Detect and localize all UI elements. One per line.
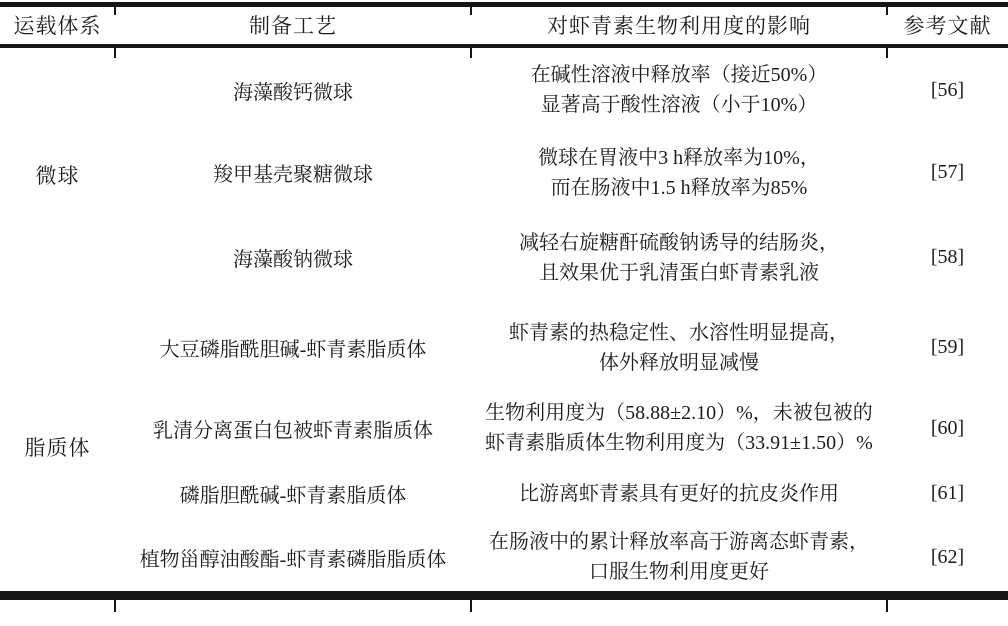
cell-effect: 在肠液中的累计释放率高于游离态虾青素， 口服生物利用度更好 xyxy=(471,524,887,596)
cell-reference: [58] xyxy=(887,213,1008,303)
cell-process: 乳清分离蛋白包被虾青素脂质体 xyxy=(115,393,471,464)
cell-process: 大豆磷脂酰胆碱-虾青素脂质体 xyxy=(115,303,471,393)
effect-line: 在碱性溶液中释放率（接近50%） xyxy=(473,60,885,90)
cell-process: 磷脂胆酰碱-虾青素脂质体 xyxy=(115,464,471,524)
astaxanthin-delivery-table: 运载体系 制备工艺 对虾青素生物利用度的影响 参考文献 微球 海藻酸钙微球 在碱… xyxy=(0,2,1008,600)
table-row: 植物甾醇油酸酯-虾青素磷脂脂质体 在肠液中的累计释放率高于游离态虾青素， 口服生… xyxy=(0,524,1008,596)
column-rule-tick xyxy=(470,46,472,58)
column-rule-tick xyxy=(886,46,888,58)
column-rule-tick xyxy=(114,599,116,612)
cell-reference: [59] xyxy=(887,303,1008,393)
column-rule-tick xyxy=(470,3,472,15)
effect-line: 体外释放明显减慢 xyxy=(473,348,885,378)
effect-line: 且效果优于乳清蛋白虾青素乳液 xyxy=(473,258,885,288)
header-preparation-process: 制备工艺 xyxy=(115,5,471,46)
column-rule-tick xyxy=(114,46,116,58)
group-label-liposomes: 脂质体 xyxy=(0,303,115,596)
cell-effect: 减轻右旋糖酐硫酸钠诱导的结肠炎， 且效果优于乳清蛋白虾青素乳液 xyxy=(471,213,887,303)
table-row: 微球 海藻酸钙微球 在碱性溶液中释放率（接近50%） 显著高于酸性溶液（小于10… xyxy=(0,46,1008,133)
effect-line: 虾青素脂质体生物利用度为（33.91±1.50）% xyxy=(473,428,885,458)
effect-line: 而在肠液中1.5 h释放率为85% xyxy=(473,173,885,203)
effect-line: 虾青素的热稳定性、水溶性明显提高， xyxy=(473,318,885,348)
table-row: 乳清分离蛋白包被虾青素脂质体 生物利用度为（58.88±2.10）%，未被包被的… xyxy=(0,393,1008,464)
column-rule-tick xyxy=(470,599,472,612)
cell-process: 羧甲基壳聚糖微球 xyxy=(115,133,471,213)
cell-effect: 微球在胃液中3 h释放率为10%， 而在肠液中1.5 h释放率为85% xyxy=(471,133,887,213)
column-rule-tick xyxy=(886,599,888,612)
header-reference: 参考文献 xyxy=(887,5,1008,46)
cell-effect: 在碱性溶液中释放率（接近50%） 显著高于酸性溶液（小于10%） xyxy=(471,46,887,133)
header-bioavailability-effect: 对虾青素生物利用度的影响 xyxy=(471,5,887,46)
cell-reference: [62] xyxy=(887,524,1008,596)
effect-line: 口服生物利用度更好 xyxy=(473,557,885,587)
effect-line: 微球在胃液中3 h释放率为10%， xyxy=(473,143,885,173)
cell-effect: 虾青素的热稳定性、水溶性明显提高， 体外释放明显减慢 xyxy=(471,303,887,393)
column-rule-tick xyxy=(114,3,116,15)
cell-reference: [61] xyxy=(887,464,1008,524)
table-row: 磷脂胆酰碱-虾青素脂质体 比游离虾青素具有更好的抗皮炎作用 [61] xyxy=(0,464,1008,524)
cell-process: 海藻酸钠微球 xyxy=(115,213,471,303)
group-label-microspheres: 微球 xyxy=(0,46,115,303)
effect-line: 显著高于酸性溶液（小于10%） xyxy=(473,90,885,120)
table-row: 脂质体 大豆磷脂酰胆碱-虾青素脂质体 虾青素的热稳定性、水溶性明显提高， 体外释… xyxy=(0,303,1008,393)
effect-line: 生物利用度为（58.88±2.10）%，未被包被的 xyxy=(473,398,885,428)
effect-line: 在肠液中的累计释放率高于游离态虾青素， xyxy=(473,527,885,557)
table-row: 羧甲基壳聚糖微球 微球在胃液中3 h释放率为10%， 而在肠液中1.5 h释放率… xyxy=(0,133,1008,213)
header-delivery-system: 运载体系 xyxy=(0,5,115,46)
table-row: 海藻酸钠微球 减轻右旋糖酐硫酸钠诱导的结肠炎， 且效果优于乳清蛋白虾青素乳液 [… xyxy=(0,213,1008,303)
cell-reference: [57] xyxy=(887,133,1008,213)
column-rule-tick xyxy=(886,3,888,15)
paper-table-region: 运载体系 制备工艺 对虾青素生物利用度的影响 参考文献 微球 海藻酸钙微球 在碱… xyxy=(0,2,1008,626)
cell-process: 海藻酸钙微球 xyxy=(115,46,471,133)
effect-line: 比游离虾青素具有更好的抗皮炎作用 xyxy=(473,479,885,509)
effect-line: 减轻右旋糖酐硫酸钠诱导的结肠炎， xyxy=(473,228,885,258)
cell-effect: 生物利用度为（58.88±2.10）%，未被包被的 虾青素脂质体生物利用度为（3… xyxy=(471,393,887,464)
cell-effect: 比游离虾青素具有更好的抗皮炎作用 xyxy=(471,464,887,524)
cell-reference: [60] xyxy=(887,393,1008,464)
table-header-row: 运载体系 制备工艺 对虾青素生物利用度的影响 参考文献 xyxy=(0,5,1008,46)
cell-reference: [56] xyxy=(887,46,1008,133)
cell-process: 植物甾醇油酸酯-虾青素磷脂脂质体 xyxy=(115,524,471,596)
